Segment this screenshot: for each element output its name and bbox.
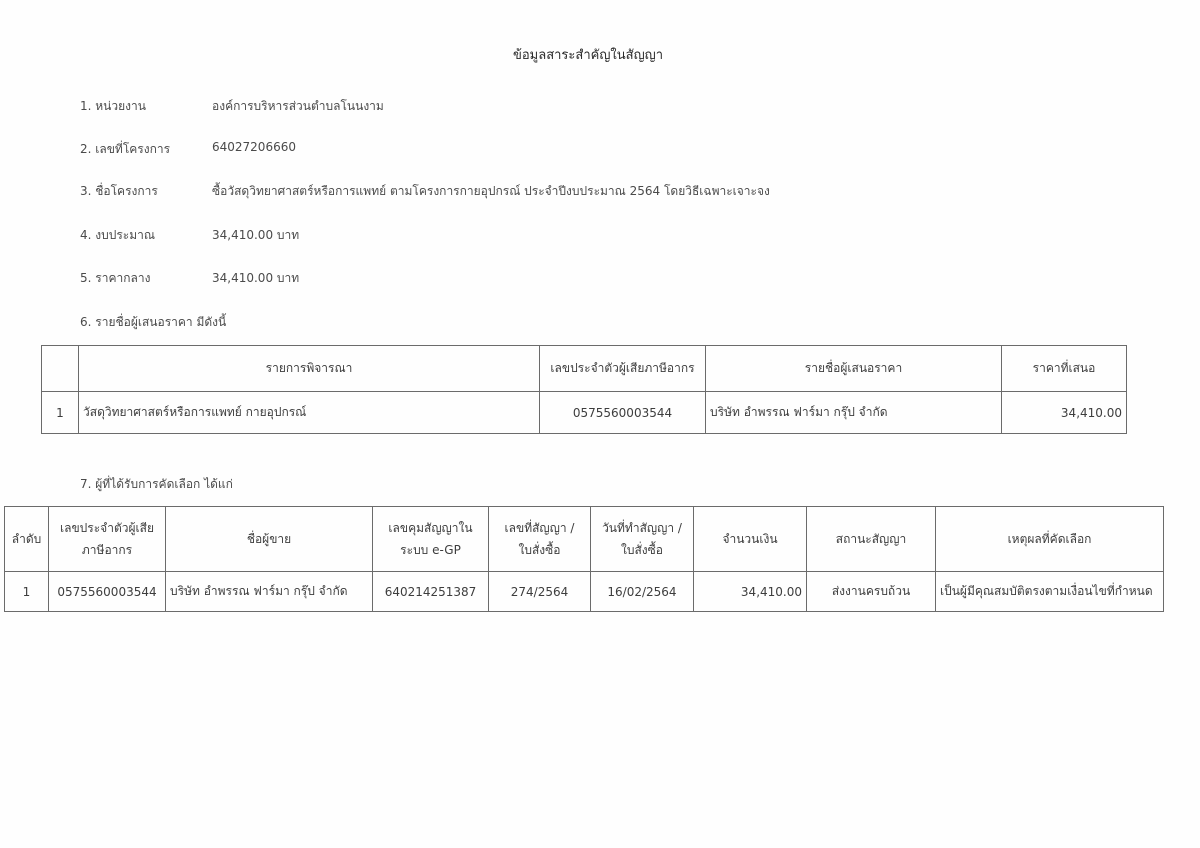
bidder-tax-id: 0575560003544 bbox=[540, 392, 706, 434]
field-budget-label: 4. งบประมาณ bbox=[80, 226, 155, 245]
winners-col-status: สถานะสัญญา bbox=[807, 507, 936, 572]
bidders-col-tax-id: เลขประจำตัวผู้เสียภาษีอากร bbox=[540, 346, 706, 392]
winner-seller: บริษัท อำพรรณ ฟาร์มา กรุ๊ป จำกัด bbox=[166, 572, 373, 612]
bidder-price: 34,410.00 bbox=[1002, 392, 1127, 434]
winner-contract-date: 16/02/2564 bbox=[591, 572, 694, 612]
section-bidders-label: 6. รายชื่อผู้เสนอราคา มีดังนี้ bbox=[80, 313, 226, 332]
bidders-col-no bbox=[42, 346, 79, 392]
winners-table: ลำดับ เลขประจำตัวผู้เสียภาษีอากร ชื่อผู้… bbox=[4, 506, 1164, 612]
winner-egp-no: 640214251387 bbox=[373, 572, 489, 612]
bidders-table: รายการพิจารณา เลขประจำตัวผู้เสียภาษีอากร… bbox=[41, 345, 1127, 434]
winner-tax-id: 0575560003544 bbox=[49, 572, 166, 612]
winner-reason: เป็นผู้มีคุณสมบัติตรงตามเงื่อนไขที่กำหนด bbox=[936, 572, 1164, 612]
bidders-table-header: รายการพิจารณา เลขประจำตัวผู้เสียภาษีอากร… bbox=[42, 346, 1127, 392]
winner-amount: 34,410.00 bbox=[694, 572, 807, 612]
field-project-name-value: ซื้อวัสดุวิทยาศาสตร์หรือการแพทย์ ตามโครง… bbox=[212, 182, 770, 201]
bidder-no: 1 bbox=[42, 392, 79, 434]
bidders-col-item: รายการพิจารณา bbox=[79, 346, 540, 392]
section-winners-label: 7. ผู้ที่ได้รับการคัดเลือก ได้แก่ bbox=[80, 475, 233, 494]
winner-contract-no: 274/2564 bbox=[489, 572, 591, 612]
document-title: ข้อมูลสาระสำคัญในสัญญา bbox=[0, 44, 1176, 65]
bidder-item: วัสดุวิทยาศาสตร์หรือการแพทย์ กายอุปกรณ์ bbox=[79, 392, 540, 434]
winners-col-no: ลำดับ bbox=[5, 507, 49, 572]
winners-table-header: ลำดับ เลขประจำตัวผู้เสียภาษีอากร ชื่อผู้… bbox=[5, 507, 1164, 572]
winner-status: ส่งงานครบถ้วน bbox=[807, 572, 936, 612]
winners-col-egp-no: เลขคุมสัญญาในระบบ e-GP bbox=[373, 507, 489, 572]
field-median-price-label: 5. ราคากลาง bbox=[80, 269, 150, 288]
winners-col-reason: เหตุผลที่คัดเลือก bbox=[936, 507, 1164, 572]
field-budget-value: 34,410.00 บาท bbox=[212, 226, 299, 245]
winners-col-contract-date: วันที่ทำสัญญา / ใบสั่งซื้อ bbox=[591, 507, 694, 572]
field-project-number-label: 2. เลขที่โครงการ bbox=[80, 140, 170, 159]
scanned-document-page: ข้อมูลสาระสำคัญในสัญญา 1. หน่วยงาน องค์ก… bbox=[0, 0, 1200, 848]
winners-col-seller: ชื่อผู้ขาย bbox=[166, 507, 373, 572]
field-project-name-label: 3. ชื่อโครงการ bbox=[80, 182, 158, 201]
bidders-col-price: ราคาที่เสนอ bbox=[1002, 346, 1127, 392]
bidders-col-bidder: รายชื่อผู้เสนอราคา bbox=[706, 346, 1002, 392]
winner-no: 1 bbox=[5, 572, 49, 612]
winners-col-amount: จำนวนเงิน bbox=[694, 507, 807, 572]
winners-col-contract-no: เลขที่สัญญา / ใบสั่งซื้อ bbox=[489, 507, 591, 572]
bidder-name: บริษัท อำพรรณ ฟาร์มา กรุ๊ป จำกัด bbox=[706, 392, 1002, 434]
table-row: 1 0575560003544 บริษัท อำพรรณ ฟาร์มา กรุ… bbox=[5, 572, 1164, 612]
table-row: 1 วัสดุวิทยาศาสตร์หรือการแพทย์ กายอุปกรณ… bbox=[42, 392, 1127, 434]
winners-col-tax-id: เลขประจำตัวผู้เสียภาษีอากร bbox=[49, 507, 166, 572]
field-project-number-value: 64027206660 bbox=[212, 140, 296, 154]
field-agency-value: องค์การบริหารส่วนตำบลโนนงาม bbox=[212, 97, 384, 116]
field-median-price-value: 34,410.00 บาท bbox=[212, 269, 299, 288]
field-agency-label: 1. หน่วยงาน bbox=[80, 97, 146, 116]
